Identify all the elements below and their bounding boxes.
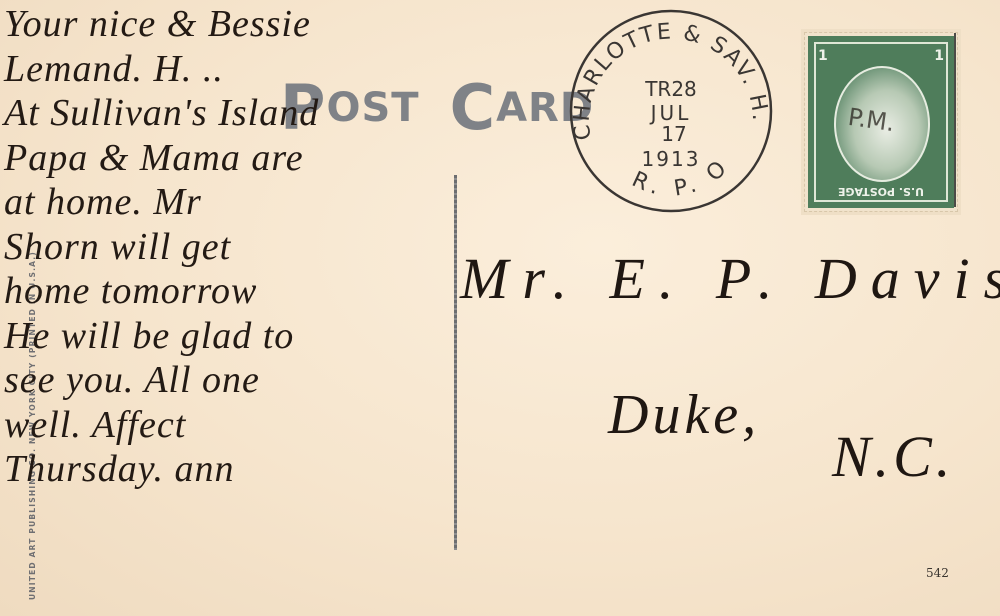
message-line: Lemand. H. ..: [4, 47, 474, 92]
message-line: home tomorrow: [4, 269, 474, 314]
message-line: well. Affect: [4, 403, 474, 448]
stamp-denomination-left: 1: [818, 48, 828, 64]
postmark: CHARLOTTE & SAV. H. R. P. O. TR28 JUL 17…: [568, 8, 774, 214]
recipient-state: N.C.: [832, 423, 954, 490]
message-line: At Sullivan's Island: [4, 91, 474, 136]
postmark-day: 17: [661, 122, 686, 146]
serial-number: 542: [926, 566, 949, 580]
message-line: see you. All one: [4, 358, 474, 403]
message-line: He will be glad to: [4, 314, 474, 359]
stamp-edge-line: [954, 33, 956, 207]
stamp-country-label: U.S. POSTAGE: [818, 182, 944, 198]
postmark-circle-icon: CHARLOTTE & SAV. H. R. P. O. TR28 JUL 17…: [568, 8, 774, 214]
stamp-top-label: 1 1: [818, 48, 944, 64]
postage-stamp: 1 1 P.M. U.S. POSTAGE: [805, 33, 957, 211]
message-line: Shorn will get: [4, 225, 474, 270]
message-line: Your nice & Bessie: [4, 2, 474, 47]
recipient-name: Mr. E. P. Davis: [460, 245, 1000, 312]
postcard-back: P OST C ARD UNITED ART PUBLISHING CO. NE…: [0, 0, 1000, 616]
message-line: Thursday. ann: [4, 447, 474, 492]
handwritten-message: Your nice & Bessie Lemand. H. .. At Sull…: [4, 2, 474, 492]
postmark-train: TR28: [644, 77, 697, 101]
recipient-city: Duke,: [608, 383, 760, 447]
message-line: Papa & Mama are: [4, 136, 474, 181]
message-line: at home. Mr: [4, 180, 474, 225]
postmark-year: 1913: [642, 147, 701, 171]
center-divider: [454, 175, 457, 550]
stamp-denomination-right: 1: [934, 48, 944, 64]
